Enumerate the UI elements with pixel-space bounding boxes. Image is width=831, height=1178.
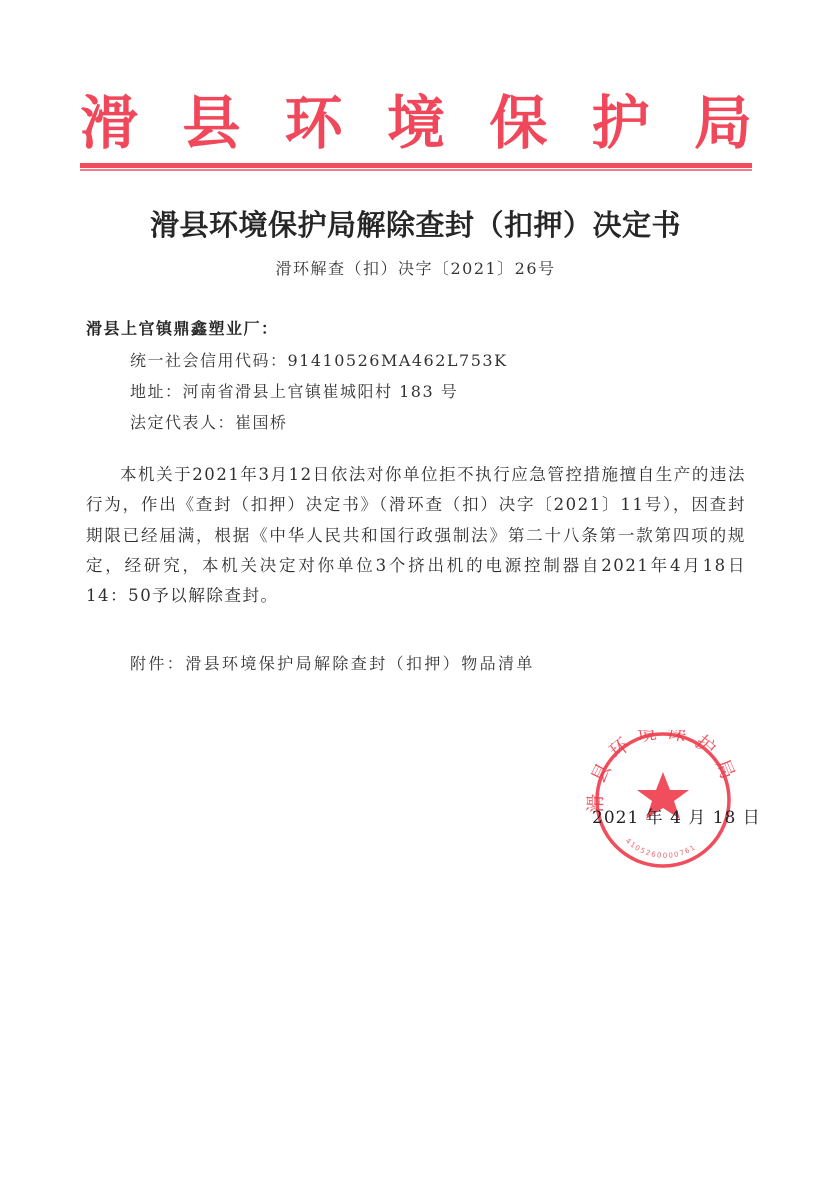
letterhead-rule <box>80 163 752 168</box>
issue-date: 2021 年 4 月 18 日 <box>592 803 761 828</box>
document-title: 滑县环境保护局解除查封（扣押）决定书 <box>0 203 831 244</box>
addressee: 滑县上官镇鼎鑫塑业厂： <box>86 316 279 339</box>
letterhead-char: 境 <box>387 94 445 152</box>
letterhead-char: 环 <box>285 94 343 152</box>
attachment-line: 附件：滑县环境保护局解除查封（扣押）物品清单 <box>130 651 535 674</box>
official-seal-icon: 滑县环境保护局 4105260000761 <box>584 730 742 870</box>
letterhead-char: 县 <box>182 94 240 152</box>
document-number: 滑环解查（扣）决字〔2021〕26号 <box>0 256 831 279</box>
legal-representative: 法定代表人：崔国桥 <box>130 410 288 433</box>
svg-text:4105260000761: 4105260000761 <box>624 837 698 860</box>
letterhead-char: 局 <box>694 94 752 152</box>
body-paragraph: 本机关于2021年3月12日依法对你单位拒不执行应急管控措施擅自生产的违法行为，… <box>86 460 746 611</box>
letterhead-char: 滑 <box>80 94 138 152</box>
letterhead-char: 护 <box>592 94 650 152</box>
letterhead-char: 保 <box>489 94 547 152</box>
letterhead-rule-thin <box>80 169 752 171</box>
letterhead: 滑 县 环 境 保 护 局 <box>80 88 752 158</box>
address: 地址：河南省滑县上官镇崔城阳村 183 号 <box>130 379 458 402</box>
credit-code: 统一社会信用代码：91410526MA462L753K <box>130 348 508 371</box>
